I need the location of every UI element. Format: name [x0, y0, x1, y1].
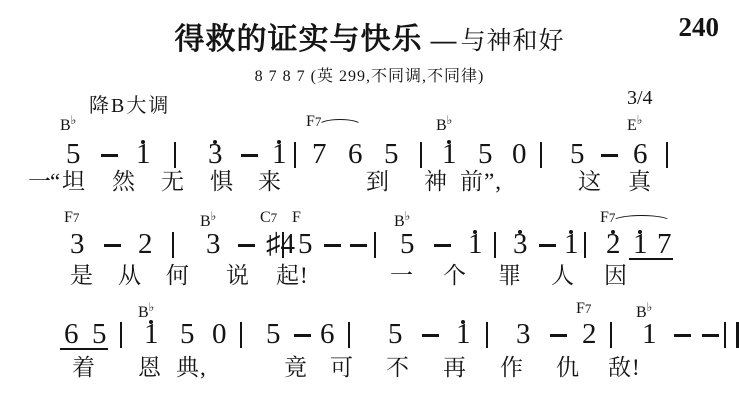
lyric-syllable: 敌!: [608, 356, 641, 379]
lyric-syllable: 说: [226, 264, 250, 287]
chord-root: F: [292, 209, 301, 226]
duration-dash: [104, 244, 121, 247]
chord-label: B♭: [636, 301, 652, 321]
octave-dot: [611, 230, 615, 234]
barline: [374, 232, 376, 258]
duration-dash: [350, 244, 367, 247]
chord-root: B: [636, 304, 647, 321]
lyric-syllable: 不: [386, 356, 410, 379]
lyric-syllable: 前”,: [460, 170, 502, 193]
lyric-syllable: 惧: [210, 170, 234, 193]
lyric-syllable: 是: [70, 264, 94, 287]
chord-root: B: [138, 304, 149, 321]
note: 5: [384, 140, 399, 169]
note: 5: [388, 320, 403, 349]
chord-label: B♭: [436, 114, 452, 134]
duration-dash: [422, 334, 439, 337]
lyric-syllable: 恩: [138, 356, 162, 379]
barline: [494, 232, 496, 258]
title-separator: —: [430, 25, 456, 55]
chord-label: F7: [64, 210, 79, 226]
lyric-syllable: “: [50, 170, 61, 193]
lyric-syllable: 真: [628, 170, 652, 193]
chord-root: B: [394, 213, 405, 230]
lyric-syllable: 因: [604, 264, 628, 287]
barline: [348, 322, 350, 348]
chord-root: E: [627, 117, 637, 134]
hymn-subtitle: 与神和好: [460, 27, 564, 55]
note: 5: [400, 230, 415, 259]
note: 3: [516, 320, 531, 349]
lyric-syllable: 再: [443, 356, 467, 379]
note: 2: [138, 230, 153, 259]
lyric-syllable: 可: [330, 356, 354, 379]
chord-quality: 7: [585, 301, 592, 316]
beam-line: [629, 258, 673, 260]
duration-dash: [324, 244, 341, 247]
lyric-syllable: 个: [443, 264, 467, 287]
chord-root: B: [436, 117, 447, 134]
barline: [584, 232, 586, 258]
chord-label: B♭: [200, 210, 216, 230]
note: 6: [633, 140, 648, 169]
duration-dash: [101, 154, 118, 157]
flat-accidental: ♭: [405, 209, 411, 223]
note: 3: [70, 230, 85, 259]
lyric-syllable: 无: [161, 170, 185, 193]
flat-accidental: ♭: [211, 209, 217, 223]
note: 5: [478, 140, 493, 169]
lyric-syllable: 到: [366, 170, 390, 193]
duration-dash: [601, 154, 618, 157]
duration-dash: [539, 244, 556, 247]
note: 1: [144, 320, 159, 349]
meter-reference: 8 7 8 7 (英 299,不同调,不同律): [0, 63, 739, 86]
note: 3: [206, 230, 221, 259]
note: 0: [512, 140, 527, 169]
barline: [172, 232, 174, 258]
note: 5: [66, 140, 81, 169]
beam-line: [60, 348, 108, 350]
chord-root: F: [64, 209, 73, 226]
octave-dot: [141, 140, 145, 144]
lyric-syllable: 从: [118, 264, 142, 287]
note: 6: [64, 320, 79, 349]
octave-dot: [447, 140, 451, 144]
note: 6: [348, 140, 363, 169]
note: 5: [92, 320, 107, 349]
flat-accidental: ♭: [647, 300, 653, 314]
note: 5: [266, 320, 281, 349]
note: 1: [136, 140, 151, 169]
barline: [486, 322, 488, 348]
chord-root: B: [60, 117, 71, 134]
note: ♯4: [266, 230, 295, 259]
flat-accidental: ♭: [637, 113, 643, 127]
chord-label: B♭: [394, 210, 410, 230]
duration-dash: [702, 334, 719, 337]
note: 1: [468, 230, 483, 259]
flat-accidental: ♭: [149, 300, 155, 314]
octave-dot: [473, 230, 477, 234]
chord-root: F: [600, 209, 609, 226]
duration-dash: [238, 244, 255, 247]
chord-label: E♭: [627, 114, 642, 134]
lyric-syllable: 一: [28, 170, 52, 193]
octave-dot: [213, 140, 217, 144]
note: 6: [320, 320, 335, 349]
barline: [282, 232, 284, 258]
chord-label: B♭: [138, 301, 154, 321]
barline: [540, 142, 542, 168]
lyric-syllable: 竟: [284, 356, 308, 379]
lyric-syllable: 然: [112, 170, 136, 193]
slur-arc: [318, 119, 362, 132]
note: 1: [442, 140, 457, 169]
note: 1: [564, 230, 579, 259]
note: 5: [570, 140, 585, 169]
octave-dot: [461, 320, 465, 324]
page-number: 240: [679, 12, 720, 43]
note: 7: [657, 230, 672, 259]
barline: [294, 142, 296, 168]
duration-dash: [434, 244, 451, 247]
duration-dash: [241, 154, 258, 157]
time-signature: 3/4: [627, 87, 653, 110]
chord-label: B♭: [60, 114, 76, 134]
note: 3: [208, 140, 223, 169]
lyric-syllable: 人: [551, 264, 575, 287]
octave-dot: [569, 230, 573, 234]
note: 2: [582, 320, 597, 349]
final-barline: [724, 322, 739, 348]
chord-quality: 7: [73, 210, 80, 225]
lyric-syllable: 典,: [176, 356, 207, 379]
note: 0: [212, 320, 227, 349]
duration-dash: [674, 334, 691, 337]
note: 5: [180, 320, 195, 349]
page-title: 得救的证实与快乐—与神和好: [0, 14, 739, 58]
chord-quality: 7: [271, 210, 278, 225]
chord-root: F: [306, 113, 315, 130]
lyric-syllable: 仇: [556, 356, 580, 379]
octave-dot: [518, 230, 522, 234]
lyric-syllable: 罪: [498, 264, 522, 287]
barline: [666, 142, 668, 168]
chord-label: F: [292, 210, 301, 226]
octave-dot: [277, 140, 281, 144]
octave-dot: [638, 230, 642, 234]
note: 5: [298, 230, 313, 259]
chord-root: C: [260, 209, 271, 226]
note: 1: [456, 320, 471, 349]
flat-accidental: ♭: [447, 113, 453, 127]
note: 1: [272, 140, 287, 169]
chord-label: C7: [260, 210, 277, 226]
duration-dash: [550, 334, 567, 337]
chord-label: F7: [576, 301, 591, 317]
chord-root: F: [576, 300, 585, 317]
lyric-syllable: 作: [500, 356, 524, 379]
note: 1: [633, 230, 648, 259]
lyric-syllable: 这: [578, 170, 602, 193]
hymn-title: 得救的证实与快乐: [174, 23, 422, 56]
barline: [610, 322, 612, 348]
lyric-syllable: 一: [390, 264, 414, 287]
lyric-syllable: 何: [166, 264, 190, 287]
flat-accidental: ♭: [71, 113, 77, 127]
note: 3: [513, 230, 528, 259]
barline: [174, 142, 176, 168]
chord-root: B: [200, 213, 211, 230]
slur-arc: [612, 215, 671, 228]
barline: [240, 322, 242, 348]
note: 1: [642, 320, 657, 349]
barline: [120, 322, 122, 348]
duration-dash: [294, 334, 311, 337]
lyric-syllable: 来: [258, 170, 282, 193]
key-signature: 降B大调: [89, 89, 170, 118]
note: 2: [606, 230, 621, 259]
lyric-syllable: 着: [72, 356, 96, 379]
lyric-syllable: 神: [424, 170, 448, 193]
barline: [420, 142, 422, 168]
lyric-syllable: 起!: [276, 264, 309, 287]
note: 7: [312, 140, 327, 169]
lyric-syllable: 坦: [62, 170, 86, 193]
hymn-page: 得救的证实与快乐—与神和好 240 8 7 8 7 (英 299,不同调,不同律…: [0, 0, 739, 411]
